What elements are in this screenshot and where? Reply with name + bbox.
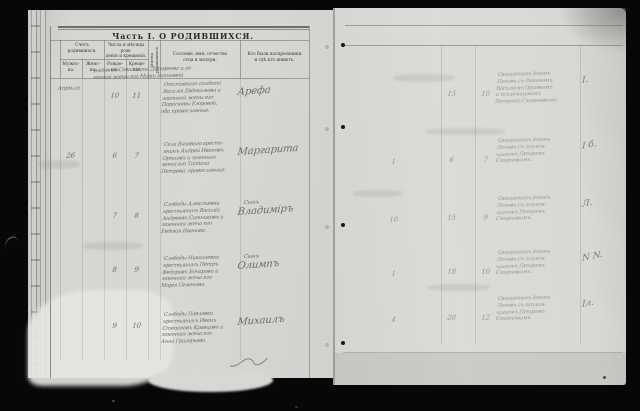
entry-parents-text: Отставнаго солдата Василія Евдокимова и … [161, 80, 242, 116]
entry-birth-day: 7 [105, 212, 124, 220]
entry-baptism-day: 9 [127, 266, 146, 274]
left-page-entries: Апрѣля 10 11 Отставнаго солдата Василія … [28, 10, 333, 378]
entry-baptism-day: 11 [127, 92, 146, 100]
entry-birth-day: 10 [105, 92, 124, 100]
scanned-register-photo: Часть I. О РОДИВШИХСЯ. Счетъ родившихся.… [0, 0, 640, 411]
bleed-through-smudge [82, 242, 144, 250]
entry-child-name: Михаилъ [237, 314, 285, 328]
binding-hole-ghost [325, 343, 329, 347]
entry-day-number: 7 [476, 156, 495, 164]
entry-parents-text: Слободы Павловки крестьянинъ Иванъ Степа… [161, 310, 242, 346]
entry-day-number: 10 [476, 268, 495, 276]
register-entry: 7 8 Слободы Алексѣевки крестьянинъ Васил… [28, 200, 333, 258]
entry-day-number: 12 [476, 314, 495, 322]
binding-hole-ghost [325, 127, 329, 131]
entry-day-number: 20 [442, 314, 461, 322]
bleed-through-smudge [37, 160, 81, 169]
binding-hole-ghost [325, 45, 329, 49]
signature-flourish [228, 355, 268, 369]
entry-birth-day: 8 [105, 266, 124, 274]
register-entry-continuation: 10 15 9 Священникъ Іоаннъ Поповъ съ псал… [333, 196, 626, 254]
bleed-through-smudge [424, 128, 505, 135]
entry-day-number: 15 [442, 214, 461, 222]
entry-signature-mark: Іл. [582, 298, 594, 310]
register-entry: 26 6 7 Села Вязоваго кресть- янинъ Андре… [28, 140, 333, 198]
entry-signature-mark: І. [582, 75, 588, 86]
entry-child-name: Маргарита [237, 143, 299, 158]
entry-day-number: 18 [442, 268, 461, 276]
register-left-page: Часть I. О РОДИВШИХСЯ. Счетъ родившихся.… [28, 10, 333, 378]
entry-baptism-day: 10 [127, 322, 146, 330]
entry-count-number: 10 [384, 216, 403, 224]
entry-birth-day: 6 [105, 152, 124, 160]
entry-parents-text: Слободы Николаевки крестьянинъ Петръ Фед… [161, 254, 242, 290]
entry-clergy-text: Священникъ Іоаннъ Поповъ съ псалом- щико… [495, 248, 582, 277]
register-entry: Апрѣля 10 11 Отставнаго солдата Василія … [28, 80, 333, 138]
page-speck [603, 376, 606, 379]
entry-signature-mark: Л. [582, 198, 592, 210]
background-speck [112, 400, 115, 402]
entry-clergy-text: Священникъ Іоаннъ Поповъ съ псалом- щико… [495, 136, 582, 165]
entry-clergy-text: Священникъ Іоаннъ Поповъ съ діакономъ Ва… [495, 70, 583, 106]
entry-day-number: 9 [476, 214, 495, 222]
background-speck [295, 406, 298, 408]
entry-count-number: 1 [384, 158, 403, 166]
entry-baptism-day: 8 [127, 212, 146, 220]
entry-child-name: Арефа [237, 85, 271, 98]
entry-clergy-text: Священникъ Іоаннъ Поповъ съ псалом- щико… [495, 194, 582, 223]
entry-parents-text: Села Вязоваго кресть- янинъ Андрей Ивано… [161, 140, 242, 176]
register-right-page: 15 10 Священникъ Іоаннъ Поповъ съ діакон… [333, 8, 626, 385]
entry-day-number: 6 [442, 156, 461, 164]
entry-birth-day: 9 [105, 322, 124, 330]
register-entry: 8 9 Слободы Николаевки крестьянинъ Петръ… [28, 254, 333, 312]
register-entry-continuation: 4 20 12 Священникъ Іоаннъ Поповъ съ псал… [333, 296, 626, 354]
register-entry-continuation: 15 10 Священникъ Іоаннъ Поповъ съ діакон… [333, 72, 626, 130]
binding-hole-ghost [325, 225, 329, 229]
bleed-through-smudge [392, 74, 456, 82]
entry-clergy-text: Священникъ Іоаннъ Поповъ съ псалом- щико… [495, 294, 582, 323]
stray-pen-mark [3, 235, 20, 249]
entry-count-number: 1 [384, 270, 403, 278]
entry-day-number: 15 [442, 90, 461, 98]
bleed-through-smudge [427, 284, 490, 291]
bleed-through-smudge [352, 190, 403, 197]
entry-parents-text: Слободы Алексѣевки крестьянинъ Василій А… [161, 200, 242, 236]
entry-signature-mark: І б. [582, 139, 596, 152]
entry-baptism-day: 7 [127, 152, 146, 160]
entry-child-name: Олимпъ [237, 258, 280, 272]
entry-signature-mark: N N. [582, 250, 603, 264]
register-entry-continuation: 1 6 7 Священникъ Іоаннъ Поповъ съ псалом… [333, 138, 626, 196]
entry-count-number: 26 [61, 152, 80, 160]
register-entry: 9 10 Слободы Павловки крестьянинъ Иванъ … [28, 310, 333, 368]
entry-month: Апрѣля [57, 85, 80, 92]
entry-day-number: 10 [476, 90, 495, 98]
entry-count-number: 4 [384, 316, 403, 324]
